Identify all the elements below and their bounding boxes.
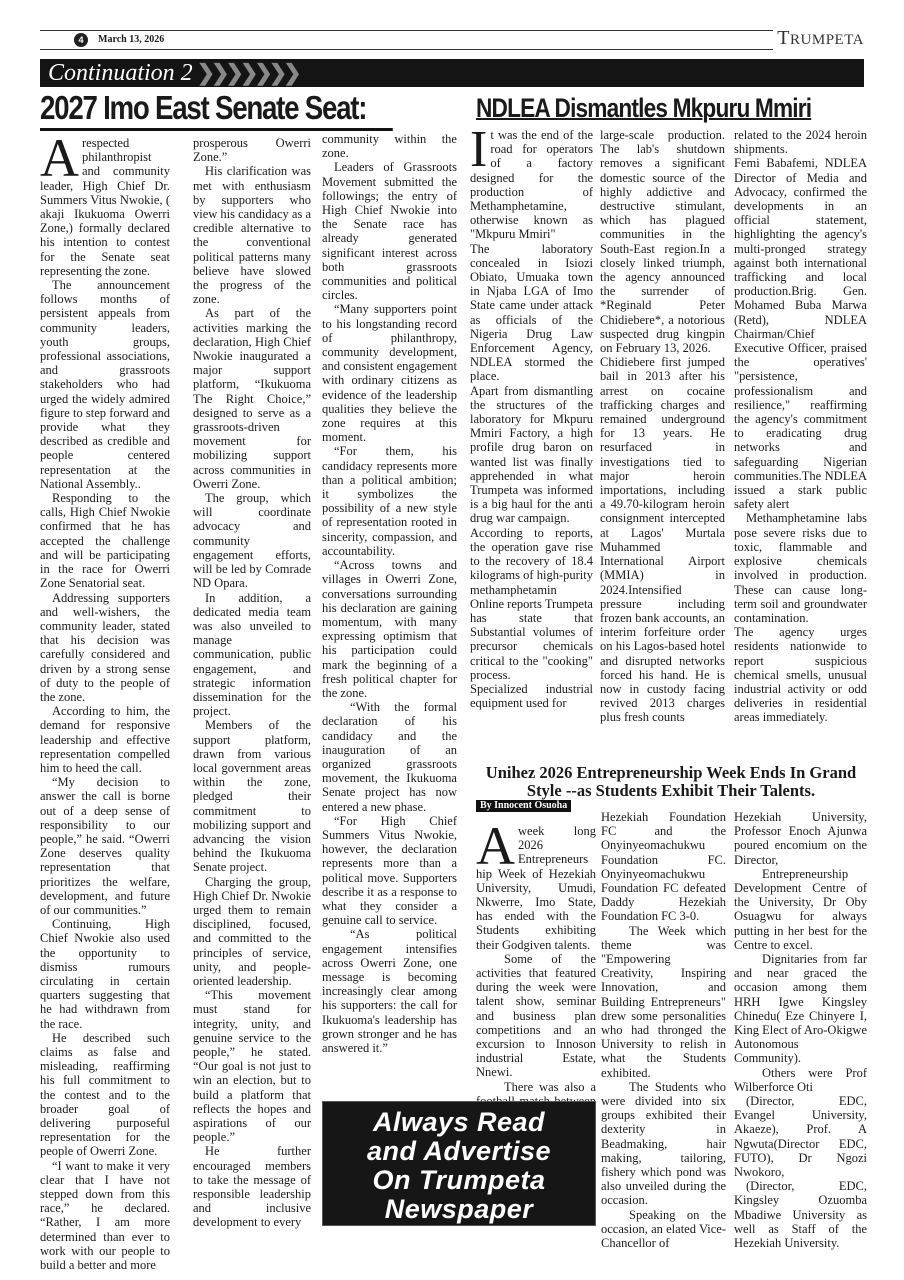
paragraph: Arespected philanthropist and community … bbox=[40, 136, 170, 278]
dropcap: A bbox=[476, 826, 518, 866]
paragraph: Hezekiah Foundation FC and the Onyinyeom… bbox=[601, 810, 726, 924]
paragraph: Online reports Trumpeta has state that S… bbox=[470, 597, 593, 682]
paragraph: Methamphetamine labs pose severe risks d… bbox=[734, 511, 867, 625]
dropcap: I bbox=[470, 130, 490, 170]
paragraph: Responding to the calls, High Chief Nwok… bbox=[40, 491, 170, 590]
paragraph: Continuing, High Chief Nwokie also used … bbox=[40, 917, 170, 1031]
advert-line: and Advertise bbox=[323, 1137, 595, 1166]
byline: By Innocent Osuoha bbox=[476, 800, 571, 812]
paragraph: According to him, the demand for respons… bbox=[40, 704, 170, 775]
story1-column-1: Arespected philanthropist and community … bbox=[40, 136, 170, 1272]
paragraph: In addition, a dedicated media team was … bbox=[193, 591, 311, 719]
paragraph: “This movement must stand for integrity,… bbox=[193, 988, 311, 1144]
paragraph: Apart from dismantling the structures of… bbox=[470, 384, 593, 526]
story3-column-1: Aweek long 2026 Entrepreneurs hip Week o… bbox=[476, 824, 596, 1122]
story1-headline: 2027 Imo East Senate Seat: bbox=[40, 88, 393, 131]
paragraph: Specialized industrial equipment used fo… bbox=[470, 682, 593, 710]
paragraph: His clarification was met with enthusias… bbox=[193, 164, 311, 306]
paragraph: Some of the activities that featured dur… bbox=[476, 952, 596, 1080]
banner-label: Continuation 2❯❯❯❯❯❯❯ bbox=[48, 60, 298, 87]
paragraph: “For them, his candidacy represents more… bbox=[322, 444, 457, 558]
paragraph: Speaking on the occasion, an elated Vice… bbox=[601, 1208, 726, 1251]
paragraph: It was the end of the road for operators… bbox=[470, 128, 593, 242]
logo-initial: T bbox=[777, 27, 790, 49]
advert-line: Newspaper bbox=[323, 1195, 595, 1224]
issue-date: March 13, 2026 bbox=[98, 34, 164, 45]
paragraph: “I want to make it very clear that I hav… bbox=[40, 1159, 170, 1273]
paragraph: Entrepreneurship Development Centre of t… bbox=[734, 867, 867, 952]
story3-column-3: Hezekiah University, Professor Enoch Aju… bbox=[734, 810, 867, 1250]
paragraph: Leaders of Grassroots Movement submitted… bbox=[322, 160, 457, 302]
paragraph: Others were Prof Wilberforce Oti bbox=[734, 1066, 867, 1094]
paragraph: The announcement follows months of persi… bbox=[40, 278, 170, 491]
paragraph: “Across towns and villages in Owerri Zon… bbox=[322, 558, 457, 700]
paragraph: As part of the activities marking the de… bbox=[193, 306, 311, 491]
paragraph: Hezekiah University, Professor Enoch Aju… bbox=[734, 810, 867, 867]
paragraph: The Students who were divided into six g… bbox=[601, 1080, 726, 1208]
paragraph: Femi Babafemi, NDLEA Director of Media a… bbox=[734, 156, 867, 511]
advert-line: On Trumpeta bbox=[323, 1166, 595, 1195]
paragraph: “Many supporters point to his longstandi… bbox=[322, 302, 457, 444]
paragraph: Chidiebere first jumped bail in 2013 aft… bbox=[600, 355, 725, 724]
paragraph: prosperous Owerri Zone.” bbox=[193, 136, 311, 164]
paragraph: “As political engagement intensifies acr… bbox=[322, 927, 457, 1055]
trumpeta-logo: TRUMPETA bbox=[773, 27, 864, 50]
paragraph: According to reports, the operation gave… bbox=[470, 526, 593, 597]
masthead: 4 March 13, 2026 TRUMPETA bbox=[40, 30, 864, 50]
paragraph: large-scale production. The lab's shutdo… bbox=[600, 128, 725, 355]
paragraph: related to the 2024 heroin shipments. bbox=[734, 128, 867, 156]
paragraph: The Week which theme was "Empowering Cre… bbox=[601, 924, 726, 1080]
story2-column-1: It was the end of the road for operators… bbox=[470, 128, 593, 710]
story2-column-3: related to the 2024 heroin shipments. Fe… bbox=[734, 128, 867, 725]
paragraph: Dignitaries from far and near graced the… bbox=[734, 952, 867, 1066]
paragraph: The agency urges residents nationwide to… bbox=[734, 625, 867, 724]
story3-headline: Unihez 2026 Entrepreneurship Week Ends I… bbox=[476, 764, 866, 800]
trumpeta-advert: Always Read and Advertise On Trumpeta Ne… bbox=[322, 1101, 596, 1226]
story1-column-3: community within the zone. Leaders of Gr… bbox=[322, 132, 457, 1055]
paragraph: He described such claims as false and mi… bbox=[40, 1031, 170, 1159]
chevrons-icon: ❯❯❯❯❯❯❯ bbox=[197, 60, 298, 86]
paragraph: community within the zone. bbox=[322, 132, 457, 160]
advert-line: Always Read bbox=[323, 1108, 595, 1137]
page-number-badge: 4 bbox=[74, 33, 88, 47]
paragraph: “For High Chief Summers Vitus Nwokie, ho… bbox=[322, 814, 457, 928]
paragraph: “With the formal declaration of his cand… bbox=[322, 700, 457, 814]
paragraph: (Director, EDC, Evangel University, Akae… bbox=[734, 1094, 867, 1179]
logo-rest: RUMPETA bbox=[790, 32, 864, 48]
paragraph: (Director, EDC, Kingsley Ozuomba Mbadiwe… bbox=[734, 1179, 867, 1250]
paragraph: The laboratory concealed in Isiozi Obiat… bbox=[470, 242, 593, 384]
dropcap: A bbox=[40, 138, 82, 178]
paragraph: The group, which will coordinate advocac… bbox=[193, 491, 311, 590]
story3-column-2: Hezekiah Foundation FC and the Onyinyeom… bbox=[601, 810, 726, 1250]
paragraph: He further encouraged members to take th… bbox=[193, 1144, 311, 1229]
banner-label-text: Continuation 2 bbox=[48, 60, 193, 86]
continuation-banner: Continuation 2❯❯❯❯❯❯❯ bbox=[40, 59, 864, 87]
story2-column-2: large-scale production. The lab's shutdo… bbox=[600, 128, 725, 725]
paragraph: Aweek long 2026 Entrepreneurs hip Week o… bbox=[476, 824, 596, 952]
story1-column-2: prosperous Owerri Zone.” His clarificati… bbox=[193, 136, 311, 1230]
paragraph: Members of the support platform, drawn f… bbox=[193, 718, 311, 874]
paragraph: “My decision to answer the call is borne… bbox=[40, 775, 170, 917]
paragraph: Addressing supporters and well-wishers, … bbox=[40, 591, 170, 705]
paragraph: Charging the group, High Chief Dr. Nwoki… bbox=[193, 875, 311, 989]
story2-headline: NDLEA Dismantles Mkpuru Mmiri bbox=[476, 92, 804, 124]
